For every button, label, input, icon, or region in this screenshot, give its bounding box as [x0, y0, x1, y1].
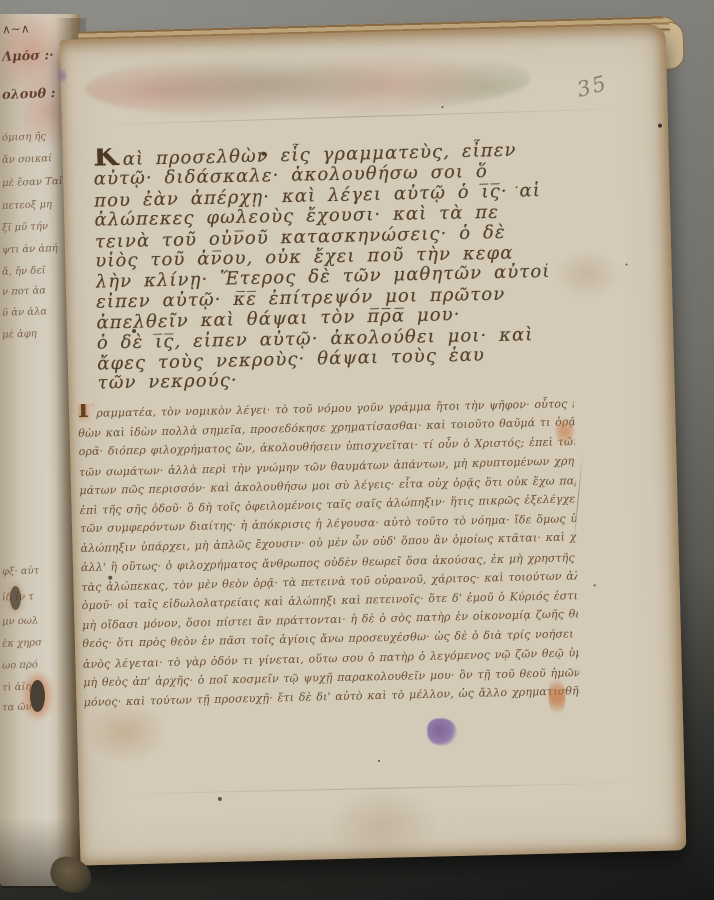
- marginal-text-fragment: ξϊ μῦ τήν: [2, 221, 48, 235]
- initial-kappa: Κ: [93, 148, 120, 163]
- marginal-text-fragment: ψτι ἀν ἀπή: [2, 243, 58, 257]
- commentary-text-block: Γραμματέα, τὸν νομικὸν λέγει· τὸ τοῦ νόμ…: [78, 394, 580, 711]
- photo-background: ∧∼∧ Λμόσ :· ολουθ : όμιση ῆς ἄν σοικαί μ…: [0, 0, 714, 900]
- marginal-text-fragment: ωο πρό: [2, 659, 38, 672]
- purple-ink-blot: [427, 718, 458, 746]
- marginal-text-fragment: ϋ ἀν ἀλα: [2, 306, 48, 320]
- initial-gamma: Γ: [78, 405, 95, 415]
- ink-burn-spot: [30, 680, 45, 712]
- marginal-text-fragment: ἅ, ἤν δεῖ: [2, 265, 46, 279]
- marginal-text-fragment: ν ποτ ἀα: [2, 285, 46, 299]
- marginal-text-fragment: μὲ ἔσαν Ταῖ: [2, 176, 63, 190]
- marginal-text-fragment: Λμόσ :·: [2, 49, 54, 65]
- marginal-text-fragment: φξ· αὐτ: [2, 565, 40, 578]
- parchment-crease: [107, 782, 647, 795]
- gospel-text-block: Καὶ προσελθὼν εἷς γραμματεὺς, εἶπεν αὐτῷ…: [93, 139, 550, 395]
- manuscript-page: 35 Καὶ προσελθὼν εἷς γραμματεὺς, εἶπεν α…: [60, 24, 687, 865]
- marginal-text-fragment: μὲ ἀφη: [2, 328, 37, 341]
- marginal-text-fragment: πετεοξ μη: [2, 199, 52, 213]
- marginal-text-fragment: ∧∼∧: [2, 22, 30, 37]
- marginal-text-fragment: ἐκ χηρσ: [2, 637, 42, 650]
- ink-specks: [60, 40, 62, 42]
- marginal-text-fragment: τα ῶν: [2, 701, 32, 714]
- marginal-text-fragment: μν οωλ: [2, 615, 39, 628]
- marginal-text-fragment: ἄν σοικαί: [2, 153, 52, 167]
- marginal-text-fragment: ολουθ :: [2, 87, 56, 103]
- purple-ink-blot: [57, 66, 67, 86]
- folio-number: 35: [574, 71, 610, 102]
- marginal-text-fragment: όμιση ῆς: [2, 131, 46, 145]
- ink-burn-spot: [10, 586, 21, 610]
- ink-offset-smudge: [84, 44, 532, 123]
